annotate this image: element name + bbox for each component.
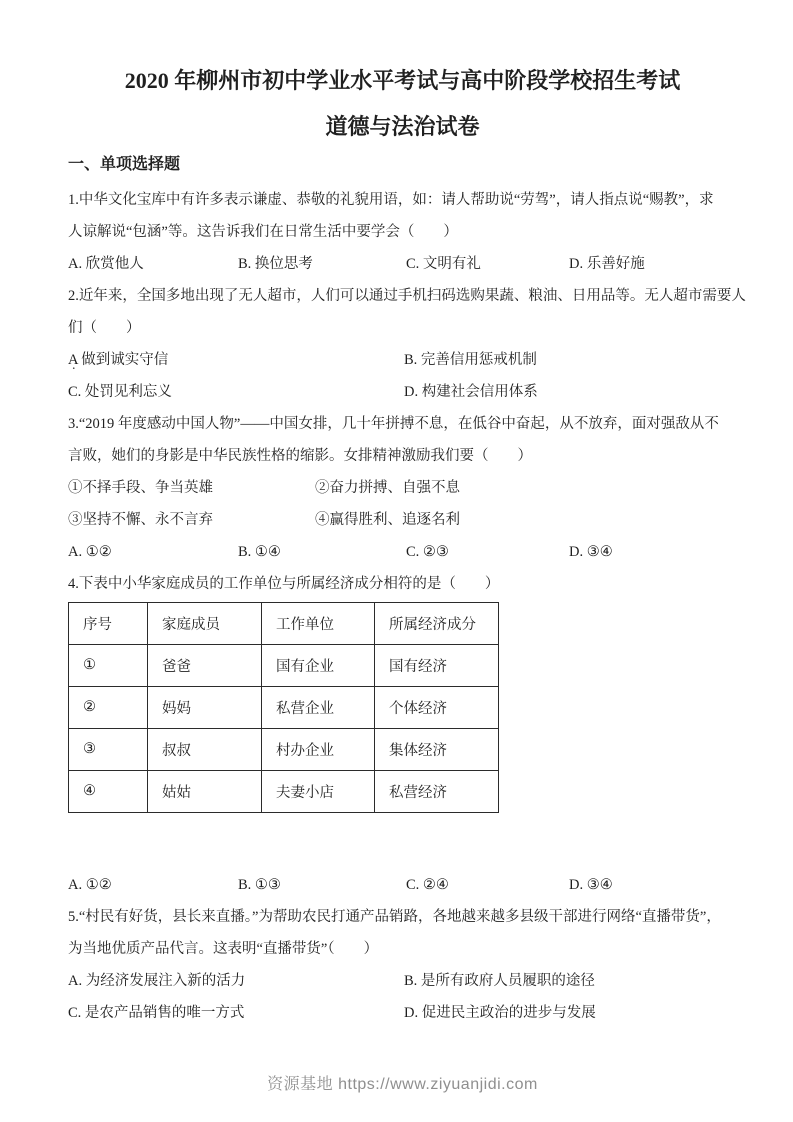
exam-paper-page: 2020 年柳州市初中学业水平考试与高中阶段学校招生考试 道德与法治试卷 一、单… xyxy=(0,0,793,1122)
question-4-option-c: C. ②④ xyxy=(406,869,569,901)
question-3-statement-3: ③坚持不懈、永不言弃 xyxy=(68,504,315,536)
table-cell: ③ xyxy=(69,729,148,771)
table-header-member: 家庭成员 xyxy=(148,603,262,645)
table-header-index: 序号 xyxy=(69,603,148,645)
question-4-option-d: D. ③④ xyxy=(569,869,737,901)
question-3-options: A. ①② B. ①④ C. ②③ D. ③④ xyxy=(68,536,737,568)
question-2-options-row-1: A 做到诚实守信 B. 完善信用惩戒机制 xyxy=(68,344,737,376)
question-4-option-a: A. ①② xyxy=(68,869,238,901)
question-5-option-b: B. 是所有政府人员履职的途径 xyxy=(404,965,737,997)
question-4: 4.下表中小华家庭成员的工作单位与所属经济成分相符的是（ ） 序号 家庭成员 工… xyxy=(68,568,737,901)
question-1-option-a: A. 欣赏他人 xyxy=(68,248,238,280)
question-3-statements-row-1: ①不择手段、争当英雄 ②奋力拼搏、自强不息 xyxy=(68,472,737,504)
table-cell: ① xyxy=(69,645,148,687)
question-2-option-d: D. 构建社会信用体系 xyxy=(404,376,737,408)
question-5-stem-line-2: 为当地优质产品代言。这表明“直播带货”（ ） xyxy=(68,933,737,965)
question-1: 1.中华文化宝库中有许多表示谦虚、恭敬的礼貌用语，如：请人帮助说“劳驾”，请人指… xyxy=(68,184,737,280)
question-5-option-c: C. 是农产品销售的唯一方式 xyxy=(68,997,404,1029)
question-1-option-c: C. 文明有礼 xyxy=(406,248,569,280)
question-2-option-c: C. 处罚见利忘义 xyxy=(68,376,404,408)
question-4-options: A. ①② B. ①③ C. ②④ D. ③④ xyxy=(68,869,737,901)
table-cell: 私营经济 xyxy=(375,771,499,813)
question-5-option-a: A. 为经济发展注入新的活力 xyxy=(68,965,404,997)
question-1-stem-line-1: 1.中华文化宝库中有许多表示谦虚、恭敬的礼貌用语，如：请人帮助说“劳驾”，请人指… xyxy=(68,184,737,216)
question-3-statement-4: ④赢得胜利、追逐名利 xyxy=(315,504,737,536)
table-cell: 爸爸 xyxy=(148,645,262,687)
question-5: 5.“村民有好货，县长来直播。”为帮助农民打通产品销路，各地越来越多县级干部进行… xyxy=(68,901,737,1029)
question-3-stem-line-2: 言败，她们的身影是中华民族性格的缩影。女排精神激励我们要（ ） xyxy=(68,440,737,472)
question-3-option-b: B. ①④ xyxy=(238,536,406,568)
table-cell: 集体经济 xyxy=(375,729,499,771)
question-2-stem-line-1: 2.近年来，全国多地出现了无人超市，人们可以通过手机扫码选购果蔬、粮油、日用品等… xyxy=(68,280,737,312)
question-3-option-d: D. ③④ xyxy=(569,536,737,568)
question-4-option-b: B. ①③ xyxy=(238,869,406,901)
question-5-option-d: D. 促进民主政治的进步与发展 xyxy=(404,997,737,1029)
exam-title-line2: 道德与法治试卷 xyxy=(68,112,737,142)
question-2: 2.近年来，全国多地出现了无人超市，人们可以通过手机扫码选购果蔬、粮油、日用品等… xyxy=(68,280,737,408)
table-cell: 妈妈 xyxy=(148,687,262,729)
table-cell: ② xyxy=(69,687,148,729)
table-row: ② 妈妈 私营企业 个体经济 xyxy=(69,687,499,729)
question-4-table: 序号 家庭成员 工作单位 所属经济成分 ① 爸爸 国有企业 国有经济 ② 妈妈 xyxy=(68,602,499,813)
table-header-economy: 所属经济成分 xyxy=(375,603,499,645)
question-3: 3.“2019 年度感动中国人物”——中国女排，几十年拼搏不息，在低谷中奋起，从… xyxy=(68,408,737,568)
question-3-statement-2: ②奋力拼搏、自强不息 xyxy=(315,472,737,504)
table-cell: 个体经济 xyxy=(375,687,499,729)
table-cell: 姑姑 xyxy=(148,771,262,813)
exam-title-line1: 2020 年柳州市初中学业水平考试与高中阶段学校招生考试 xyxy=(68,66,737,96)
question-4-stem-line-1: 4.下表中小华家庭成员的工作单位与所属经济成分相符的是（ ） xyxy=(68,568,737,600)
question-5-stem-line-1: 5.“村民有好货，县长来直播。”为帮助农民打通产品销路，各地越来越多县级干部进行… xyxy=(68,901,737,933)
question-2-stem-line-2: 们（ ） xyxy=(68,312,737,344)
question-3-stem-line-1: 3.“2019 年度感动中国人物”——中国女排，几十年拼搏不息，在低谷中奋起，从… xyxy=(68,408,737,440)
question-3-option-c: C. ②③ xyxy=(406,536,569,568)
question-1-options: A. 欣赏他人 B. 换位思考 C. 文明有礼 D. 乐善好施 xyxy=(68,248,737,280)
question-3-option-a: A. ①② xyxy=(68,536,238,568)
question-5-options-row-1: A. 为经济发展注入新的活力 B. 是所有政府人员履职的途径 xyxy=(68,965,737,997)
table-cell: 村办企业 xyxy=(262,729,375,771)
table-header-row: 序号 家庭成员 工作单位 所属经济成分 xyxy=(69,603,499,645)
section-heading: 一、单项选择题 xyxy=(68,152,737,178)
table-row: ① 爸爸 国有企业 国有经济 xyxy=(69,645,499,687)
table-cell: 国有经济 xyxy=(375,645,499,687)
question-5-options-row-2: C. 是农产品销售的唯一方式 D. 促进民主政治的进步与发展 xyxy=(68,997,737,1029)
table-cell: 夫妻小店 xyxy=(262,771,375,813)
question-1-stem-line-2: 人谅解说“包涵”等。这告诉我们在日常生活中要学会（ ） xyxy=(68,216,737,248)
table-row: ③ 叔叔 村办企业 集体经济 xyxy=(69,729,499,771)
question-1-option-b: B. 换位思考 xyxy=(238,248,406,280)
question-2-options-row-2: C. 处罚见利忘义 D. 构建社会信用体系 xyxy=(68,376,737,408)
question-2-option-a: A 做到诚实守信 xyxy=(68,344,404,376)
questions-body: 1.中华文化宝库中有许多表示谦虚、恭敬的礼貌用语，如：请人帮助说“劳驾”，请人指… xyxy=(68,184,737,1029)
scan-artifact-dot: . xyxy=(72,358,76,374)
table-cell: 私营企业 xyxy=(262,687,375,729)
table-header-workplace: 工作单位 xyxy=(262,603,375,645)
table-row: ④ 姑姑 夫妻小店 私营经济 xyxy=(69,771,499,813)
table-cell: 国有企业 xyxy=(262,645,375,687)
table-cell: ④ xyxy=(69,771,148,813)
question-2-option-b: B. 完善信用惩戒机制 xyxy=(404,344,737,376)
question-3-statement-1: ①不择手段、争当英雄 xyxy=(68,472,315,504)
watermark-footer: 资源基地 https://www.ziyuanjidi.com xyxy=(68,1071,737,1094)
question-1-option-d: D. 乐善好施 xyxy=(569,248,737,280)
table-cell: 叔叔 xyxy=(148,729,262,771)
question-3-statements-row-2: ③坚持不懈、永不言弃 ④赢得胜利、追逐名利 xyxy=(68,504,737,536)
